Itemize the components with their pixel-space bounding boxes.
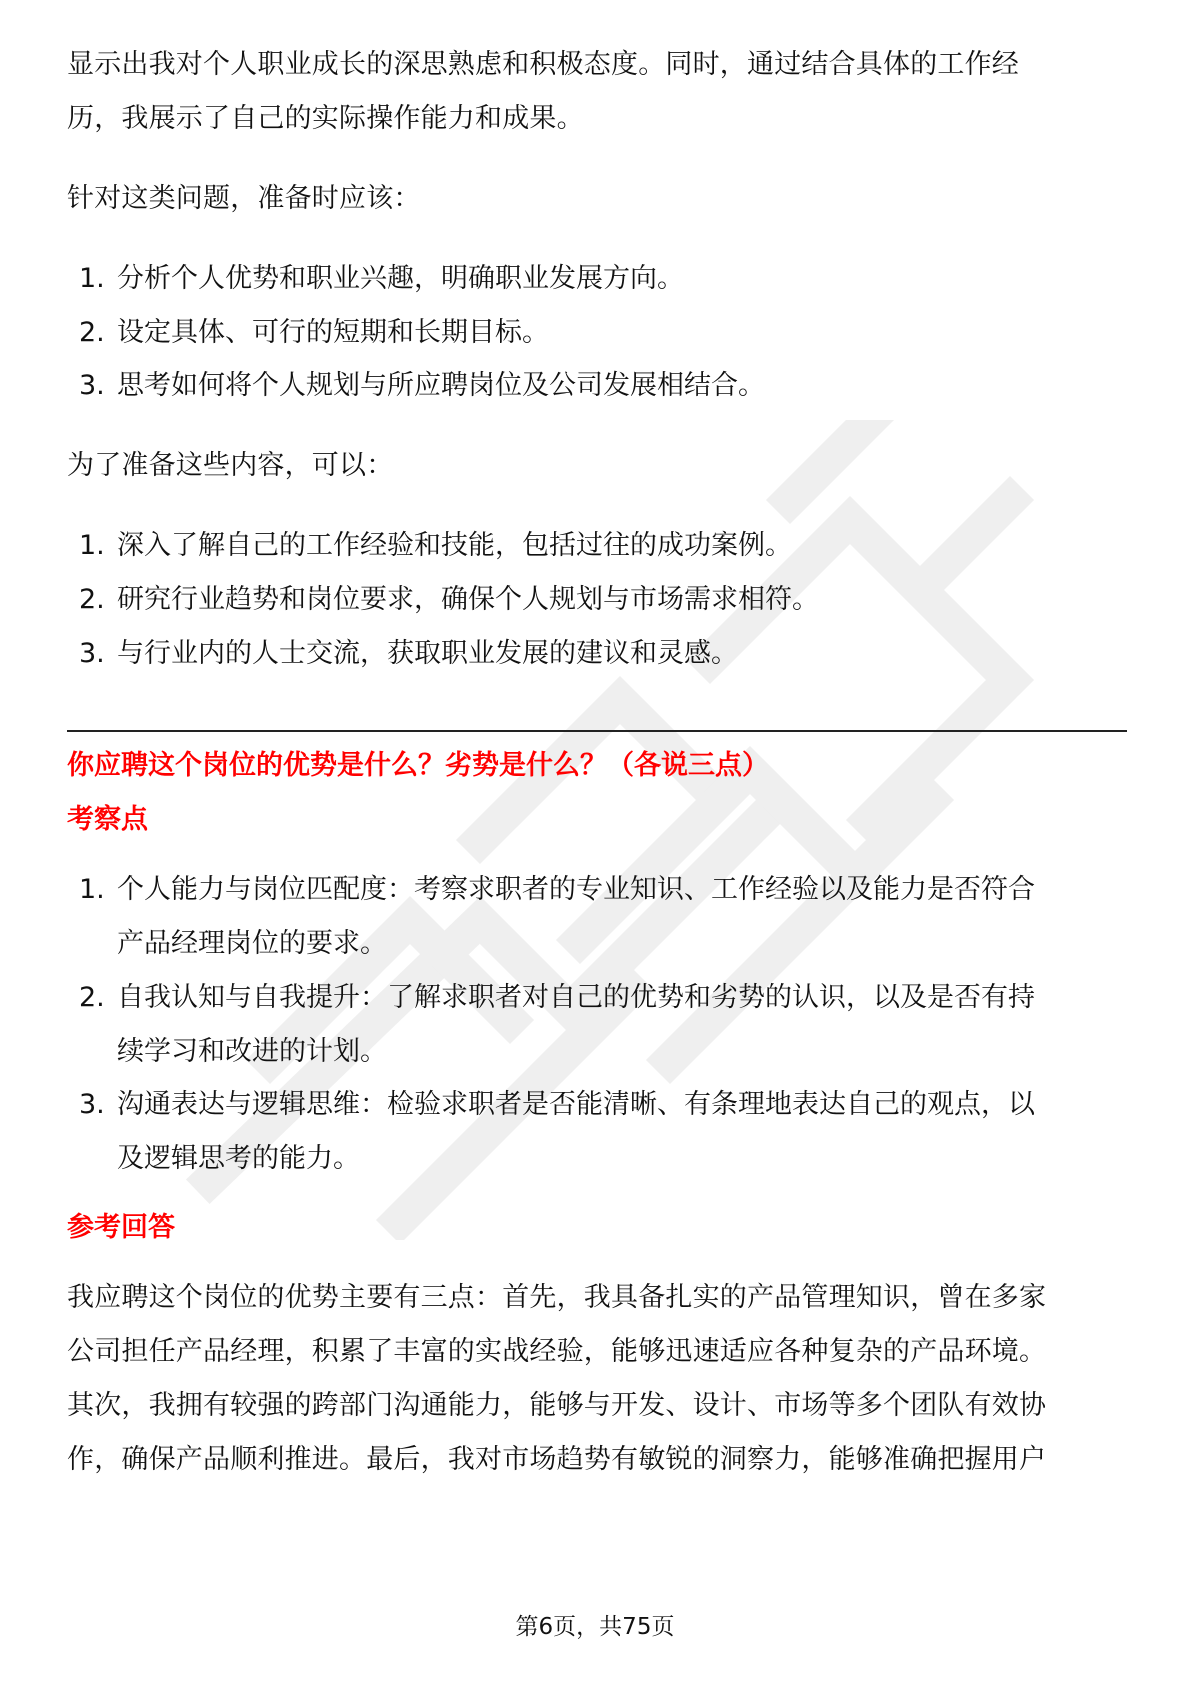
list-text: 设定具体、可行的短期和长期目标。 bbox=[117, 315, 549, 351]
list-text: 个人能力与岗位匹配度：考察求职者的专业知识、工作经验以及能力是否符合 bbox=[117, 872, 1035, 908]
list-text: 自我认知与自我提升：了解求职者对自己的优势和劣势的认识，以及是否有持 bbox=[117, 980, 1035, 1016]
page-indicator: 第6页，共75页 bbox=[0, 1612, 1190, 1642]
list-number: 3. bbox=[79, 636, 105, 672]
answer-heading: 参考回答 bbox=[67, 1210, 175, 1246]
list-number: 2. bbox=[79, 980, 105, 1016]
list-text: 研究行业趋势和岗位要求，确保个人规划与市场需求相符。 bbox=[117, 582, 819, 618]
list-text: 思考如何将个人规划与所应聘岗位及公司发展相结合。 bbox=[117, 368, 765, 404]
list-text: 深入了解自己的工作经验和技能，包括过往的成功案例。 bbox=[117, 528, 792, 564]
list-text: 与行业内的人士交流，获取职业发展的建议和灵感。 bbox=[117, 636, 738, 672]
list-text-continuation: 产品经理岗位的要求。 bbox=[117, 926, 387, 962]
document-page: 显示出我对个人职业成长的深思熟虑和积极态度。同时，通过结合具体的工作经 历，我展… bbox=[0, 0, 1190, 1684]
list-number: 2. bbox=[79, 582, 105, 618]
section-divider bbox=[67, 730, 1127, 732]
list-number: 3. bbox=[79, 1087, 105, 1123]
paragraph-line: 历，我展示了自己的实际操作能力和成果。 bbox=[67, 101, 584, 137]
list-number: 1. bbox=[79, 872, 105, 908]
list-text-continuation: 续学习和改进的计划。 bbox=[117, 1034, 387, 1070]
content-intro-text: 为了准备这些内容，可以： bbox=[67, 448, 393, 484]
paragraph-line: 其次，我拥有较强的跨部门沟通能力，能够与开发、设计、市场等多个团队有效协 bbox=[67, 1388, 1046, 1424]
prep-intro-text: 针对这类问题，准备时应该： bbox=[67, 181, 421, 217]
list-number: 1. bbox=[79, 528, 105, 564]
list-number: 3. bbox=[79, 368, 105, 404]
list-number: 1. bbox=[79, 261, 105, 297]
assessment-heading: 考察点 bbox=[67, 802, 148, 838]
list-text: 分析个人优势和职业兴趣，明确职业发展方向。 bbox=[117, 261, 684, 297]
list-number: 2. bbox=[79, 315, 105, 351]
question-title: 你应聘这个岗位的优势是什么？劣势是什么？（各说三点） bbox=[67, 748, 769, 784]
paragraph-line: 作，确保产品顺利推进。最后，我对市场趋势有敏锐的洞察力，能够准确把握用户 bbox=[67, 1442, 1046, 1478]
paragraph-line: 公司担任产品经理，积累了丰富的实战经验，能够迅速适应各种复杂的产品环境。 bbox=[67, 1334, 1046, 1370]
list-text: 沟通表达与逻辑思维：检验求职者是否能清晰、有条理地表达自己的观点，以 bbox=[117, 1087, 1035, 1123]
paragraph-line: 显示出我对个人职业成长的深思熟虑和积极态度。同时，通过结合具体的工作经 bbox=[67, 47, 1019, 83]
list-text-continuation: 及逻辑思考的能力。 bbox=[117, 1141, 360, 1177]
paragraph-line: 我应聘这个岗位的优势主要有三点：首先，我具备扎实的产品管理知识，曾在多家 bbox=[67, 1280, 1046, 1316]
